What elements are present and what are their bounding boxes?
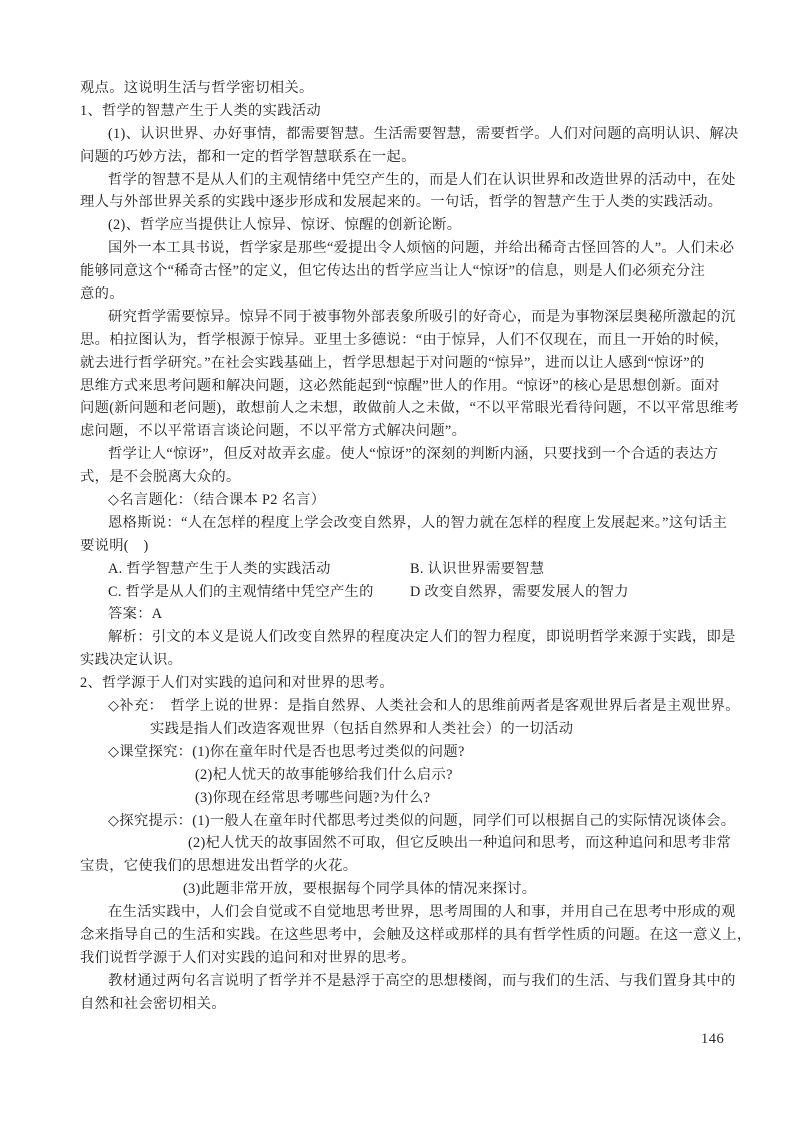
text-line: 在生活实践中，人们会自觉或不自觉地思考世界，思考周围的人和事，并用自己在思考中形…: [80, 901, 740, 924]
text-line: 自然和社会密切相关。: [80, 993, 740, 1016]
text-line: 观点。这说明生活与哲学密切相关。: [80, 77, 740, 100]
text-line: 哲学让人“惊讶”，但反对故弄玄虚。使人“惊讶”的深刻的判断内涵，只要找到一个合适…: [80, 443, 740, 466]
text-line: 恩格斯说：“人在怎样的程度上学会改变自然界，人的智力就在怎样的程度上发展起来。”…: [80, 512, 740, 535]
option-text: D 改变自然界，需要发展人的智力: [410, 584, 629, 600]
text-line: 理人与外部世界关系的实践中逐步形成和发展起来的。一句话，哲学的智慧产生于人类的实…: [80, 191, 740, 214]
text-line: 思。柏拉图认为，哲学根源于惊异。亚里士多德说：“由于惊异，人们不仅现在，而且一开…: [80, 329, 740, 352]
text-line: 实践是指人们改造客观世界（包括自然界和人类社会）的一切活动: [80, 718, 740, 741]
text-line: 实践决定认识。: [80, 649, 740, 672]
text-line: 念来指导自己的生活和实践。在这些思考中，会触及这样或那样的具有哲学性质的问题。在…: [80, 924, 740, 947]
text-line: 我们说哲学源于人们对实践的追问和对世界的思考。: [80, 947, 740, 970]
text-line: 研究哲学需要惊异。惊异不同于被事物外部表象所吸引的好奇心，而是为事物深层奥秘所激…: [80, 306, 740, 329]
marker-line: ◇课堂探究：(1)你在童年时代是否也思考过类似的问题?: [80, 741, 740, 764]
text-line: 要说明( ): [80, 535, 740, 558]
text-line: 虑问题，不以平常语言谈论问题，不以平常方式解决问题”。: [80, 420, 740, 443]
text-line: 哲学的智慧不是从人们的主观情绪中凭空产生的，而是人们在认识世界和改造世界的活动中…: [80, 169, 740, 192]
text-line: 国外一本工具书说，哲学家是那些“爱提出令人烦恼的问题，并给出稀奇古怪回答的人”。…: [80, 237, 740, 260]
marker-line: ◇探究提示：(1)一般人在童年时代都思考过类似的问题，同学们可以根据自己的实际情…: [80, 810, 740, 833]
text-line: 解析：引文的本义是说人们改变自然界的程度决定人们的智力程度，即说明哲学来源于实践…: [80, 626, 740, 649]
page-number: 146: [701, 1031, 724, 1048]
heading-line: 2、哲学源于人们对实践的追问和对世界的思考。: [80, 672, 740, 695]
options-row: C. 哲学是从人们的主观情绪中凭空产生的D 改变自然界，需要发展人的智力: [80, 581, 740, 604]
option-text: A. 哲学智慧产生于人类的实践活动: [108, 558, 410, 581]
marker-line: ◇名言题化：（结合课本 P2 名言）: [80, 489, 740, 512]
text-line: 教材通过两句名言说明了哲学并不是悬浮于高空的思想楼阁，而与我们的生活、与我们置身…: [80, 970, 740, 993]
text-line: 就去进行哲学研究。”在社会实践基础上，哲学思想起于对问题的“惊异”，进而以让人感…: [80, 352, 740, 375]
text-line: (1)、认识世界、办好事情，都需要智慧。生活需要智慧，需要哲学。人们对问题的高明…: [80, 123, 740, 146]
text-line: 能够同意这个“稀奇古怪”的定义，但它传达出的哲学应当让人“惊讶”的信息，则是人们…: [80, 260, 740, 283]
text-line: (2)杞人忧天的故事固然不可取，但它反映出一种追问和思考，而这种追问和思考非常: [80, 832, 740, 855]
text-line: 思维方式来思考问题和解决问题，这必然能起到“惊醒”世人的作用。“惊讶”的核心是思…: [80, 375, 740, 398]
text-line: 意的。: [80, 283, 740, 306]
heading-line: 1、哲学的智慧产生于人类的实践活动: [80, 100, 740, 123]
document-page: 观点。这说明生活与哲学密切相关。1、哲学的智慧产生于人类的实践活动(1)、认识世…: [0, 0, 800, 1132]
text-line: (2)杞人忧天的故事能够给我们什么启示?: [80, 764, 740, 787]
marker-line: ◇补充： 哲学上说的世界：是指自然界、人类社会和人的思维前两者是客观世界后者是主…: [80, 695, 740, 718]
text-line: 问题(新问题和老问题)，敢想前人之未想，敢做前人之未做，“不以平常眼光看待问题，…: [80, 397, 740, 420]
answer-line: 答案：A: [80, 603, 740, 626]
text-line: 式，是不会脱离大众的。: [80, 466, 740, 489]
document-body: 观点。这说明生活与哲学密切相关。1、哲学的智慧产生于人类的实践活动(1)、认识世…: [80, 77, 740, 1016]
option-text: C. 哲学是从人们的主观情绪中凭空产生的: [108, 581, 410, 604]
option-text: B. 认识世界需要智慧: [410, 561, 544, 577]
text-line: (2)、哲学应当提供让人惊异、惊讶、惊醒的创新论断。: [80, 214, 740, 237]
text-line: 宝贵，它使我们的思想进发出哲学的火花。: [80, 855, 740, 878]
text-line: 问题的巧妙方法，都和一定的哲学智慧联系在一起。: [80, 146, 740, 169]
text-line: (3)你现在经常思考哪些问题?为什么?: [80, 787, 740, 810]
text-line: (3)此题非常开放，要根据每个同学具体的情况来探讨。: [80, 878, 740, 901]
options-row: A. 哲学智慧产生于人类的实践活动B. 认识世界需要智慧: [80, 558, 740, 581]
